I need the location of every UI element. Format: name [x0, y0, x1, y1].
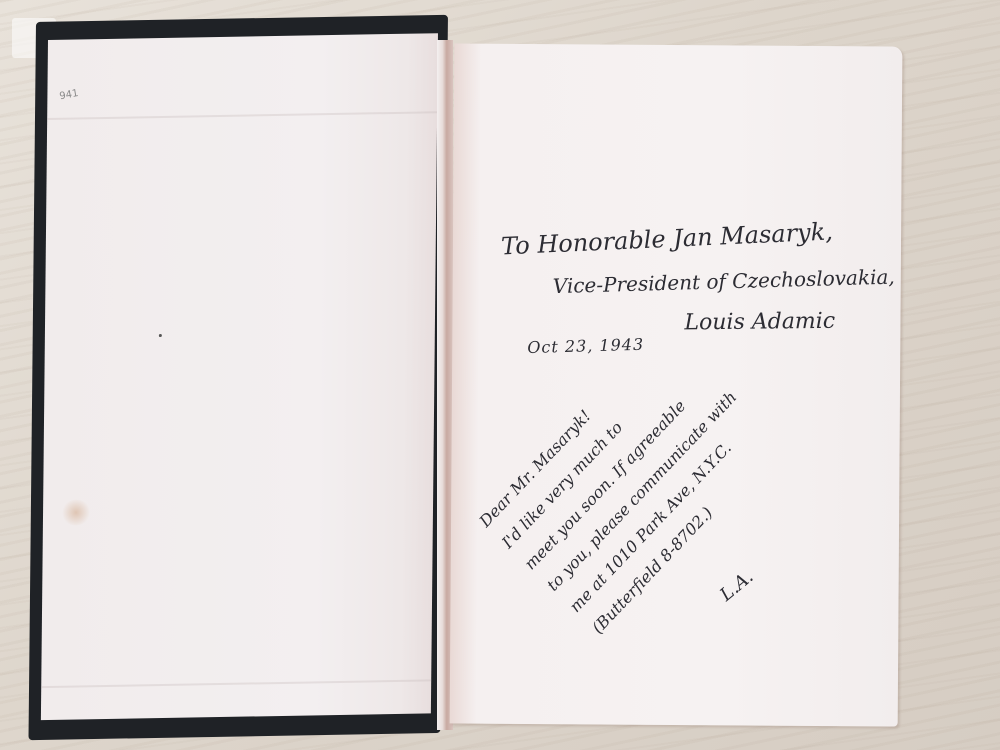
- right-page: To Honorable Jan Masaryk, Vice-President…: [450, 43, 903, 726]
- pencil-note: 941: [59, 88, 80, 102]
- inscription-line-2: Vice-President of Czechoslovakia,: [552, 265, 895, 299]
- fold-line-top: [47, 111, 437, 120]
- left-endpaper: 941: [41, 33, 438, 720]
- fold-line-bottom: [41, 679, 431, 688]
- stain-mark: [61, 499, 91, 526]
- ink-dot: [159, 334, 162, 337]
- note-initials: L.A.: [716, 566, 757, 605]
- inscription-line-1: To Honorable Jan Masaryk,: [501, 217, 834, 260]
- signature: Louis Adamic: [684, 309, 835, 336]
